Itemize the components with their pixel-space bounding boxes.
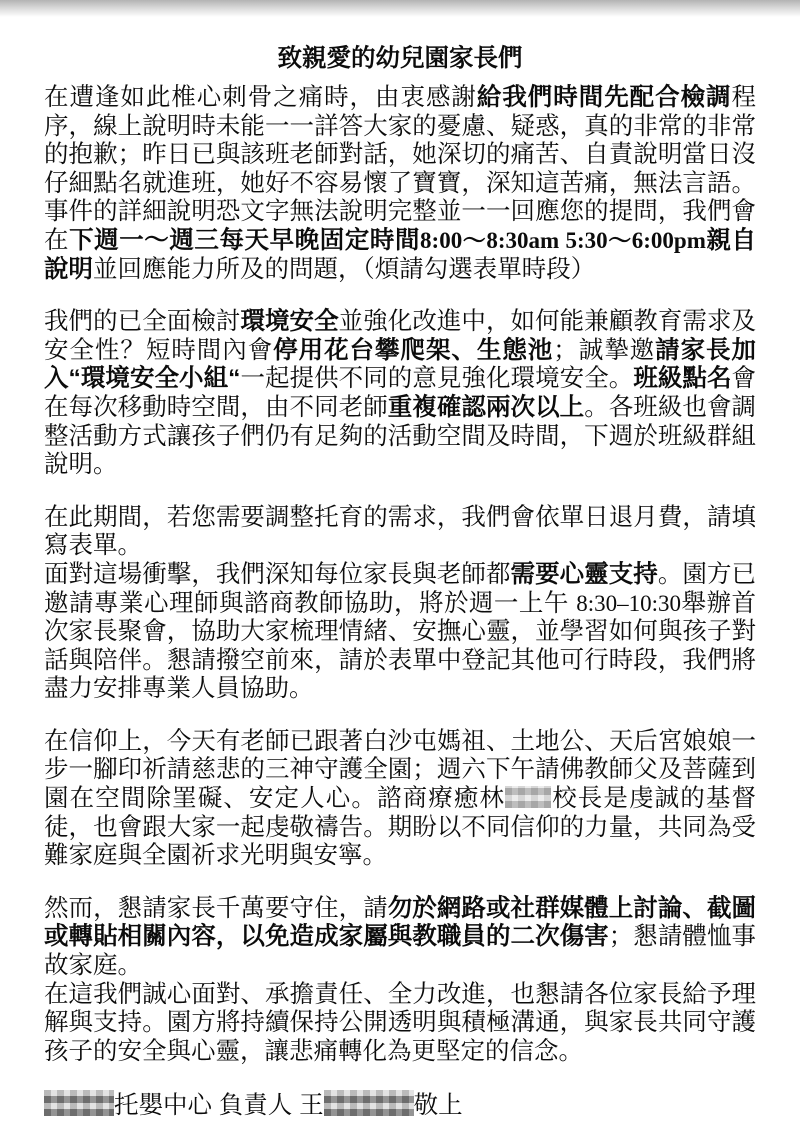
paragraph-faith-and-blessing: 在信仰上，今天有老師已跟著白沙屯媽祖、土地公、天后宮娘娘一步一腳印祈請慈悲的三神… [44,728,756,871]
paragraph-refund-and-counseling: 在此期間，若您需要調整托育的需求，我們會依單日退月費，請填寫表單。面對這場衝擊，… [44,504,756,704]
text-run: 需要心靈支持 [511,561,658,588]
text-run: 下週一～週三每天早晚固定時間 [69,227,420,254]
text-run: 托嬰中心 負責人 王 [114,1092,324,1119]
text-run: 面對這場衝擊，我們深知每位家長與老師都 [44,561,511,588]
text-run: 班級點名 [633,365,731,392]
text-run: 並回應能力所及的問題，（煩請勾選表單時段） [93,256,595,283]
text-run: 環境安全 [240,308,338,335]
text-run: 重複確認兩次以上 [388,394,584,421]
text-run: 8:30–10:30 [576,591,681,616]
letter-title: 致親愛的幼兒園家長們 [44,44,756,74]
text-run: 在這我們誠心面對、承擔責任、全力改進，也懇請各位家長給予理解與支持。園方將持續保… [44,981,756,1065]
letter-paragraphs: 在遭逢如此椎心刺骨之痛時，由衷感謝給我們時間先配合檢調程序，線上說明時未能一一詳… [44,84,756,1121]
redacted-text [505,786,551,808]
text-run: 給我們時間先配合檢調 [477,84,732,111]
text-run: 一起提供不同的意見強化環境安全。 [240,365,633,392]
text-run: 停用花台攀爬架、生態池 [273,337,553,364]
text-run: 在此期間，若您需要調整托育的需求，我們會依單日退月費，請填寫表單。 [44,504,756,560]
paragraph-no-social-media: 然而，懇請家長千萬要守住，請勿於網路或社群媒體上討論、截圖或轉貼相關內容，以免造… [44,895,756,1067]
text-run: 我們的已全面檢討 [44,308,240,335]
signature-line: 托嬰中心 負責人 王敬上 [44,1090,756,1121]
text-run: ；誠摯邀 [553,337,655,364]
text-run: 在遭逢如此椎心刺骨之痛時，由衷感謝 [44,84,477,111]
redacted-text [324,1090,414,1116]
redacted-text [44,1090,114,1116]
letter-page: 致親愛的幼兒園家長們 在遭逢如此椎心刺骨之痛時，由衷感謝給我們時間先配合檢調程序… [0,0,800,1142]
paragraph-apology-and-schedule: 在遭逢如此椎心刺骨之痛時，由衷感謝給我們時間先配合檢調程序，線上說明時未能一一詳… [44,84,756,284]
photo-top-edge [0,0,800,17]
text-run: 敬上 [414,1092,463,1119]
paragraph-safety-improvements: 我們的已全面檢討環境安全並強化改進中，如何能兼顧教育需求及安全性？短時間內會停用… [44,308,756,480]
text-run: 然而，懇請家長千萬要守住，請 [44,895,388,922]
text-run: 8:00～8:30am 5:30～6:00pm [420,228,706,253]
